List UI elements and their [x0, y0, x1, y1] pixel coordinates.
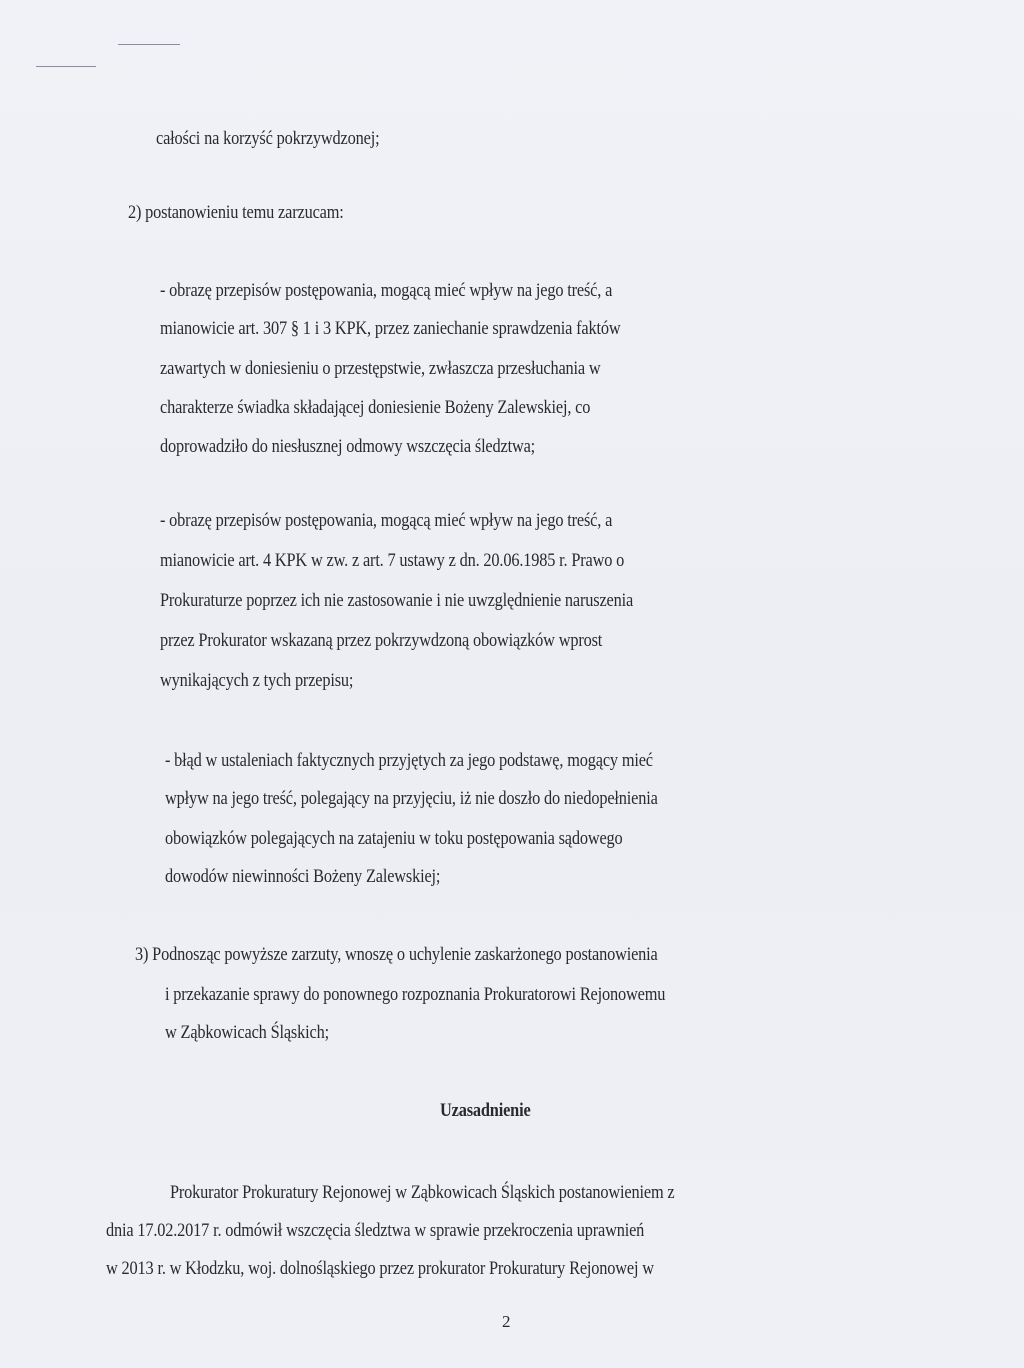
section-heading: Uzasadnienie — [440, 1100, 531, 1122]
list-item-2: 2) postanowieniu temu zarzucam: — [128, 202, 344, 224]
paragraph-line: Prokurator Prokuratury Rejonowej w Ząbko… — [170, 1182, 674, 1204]
paragraph-line: charakterze świadka składającej doniesie… — [160, 397, 590, 419]
page-number: 2 — [502, 1312, 511, 1332]
list-item-3: 3) Podnosząc powyższe zarzuty, wnoszę o … — [135, 944, 658, 966]
paragraph-line: mianowicie art. 4 KPK w zw. z art. 7 ust… — [160, 550, 624, 572]
paragraph-line: mianowicie art. 307 § 1 i 3 KPK, przez z… — [160, 318, 620, 340]
paragraph-line: - obrazę przepisów postępowania, mogącą … — [160, 280, 917, 302]
paragraph-line: - błąd w ustaleniach faktycznych przyjęt… — [165, 750, 653, 772]
paragraph-line: dnia 17.02.2017 r. odmówił wszczęcia śle… — [106, 1220, 644, 1242]
paragraph-line: zawartych w doniesieniu o przestępstwie,… — [160, 358, 601, 380]
paragraph-line: wpływ na jego treść, polegający na przyj… — [165, 788, 658, 810]
paragraph-line: przez Prokurator wskazaną przez pokrzywd… — [160, 630, 602, 652]
scanned-page: całości na korzyść pokrzywdzonej; 2) pos… — [0, 0, 1024, 1368]
paragraph-line: dowodów niewinności Bożeny Zalewskiej; — [165, 866, 440, 888]
scan-mark — [36, 66, 96, 67]
paragraph-line: obowiązków polegających na zatajeniu w t… — [165, 828, 623, 850]
paragraph-line: w Ząbkowicach Śląskich; — [165, 1022, 329, 1044]
paragraph-line: Prokuraturze poprzez ich nie zastosowani… — [160, 590, 633, 612]
paragraph-line: w 2013 r. w Kłodzku, woj. dolnośląskiego… — [106, 1258, 654, 1280]
paragraph-line: - obrazę przepisów postępowania, mogącą … — [160, 510, 612, 532]
text-line: całości na korzyść pokrzywdzonej; — [156, 128, 379, 150]
paragraph-line: i przekazanie sprawy do ponownego rozpoz… — [165, 984, 665, 1006]
paragraph-line: wynikających z tych przepisu; — [160, 670, 353, 692]
paragraph-line: doprowadziło do niesłusznej odmowy wszcz… — [160, 436, 535, 458]
scan-mark — [118, 44, 180, 45]
